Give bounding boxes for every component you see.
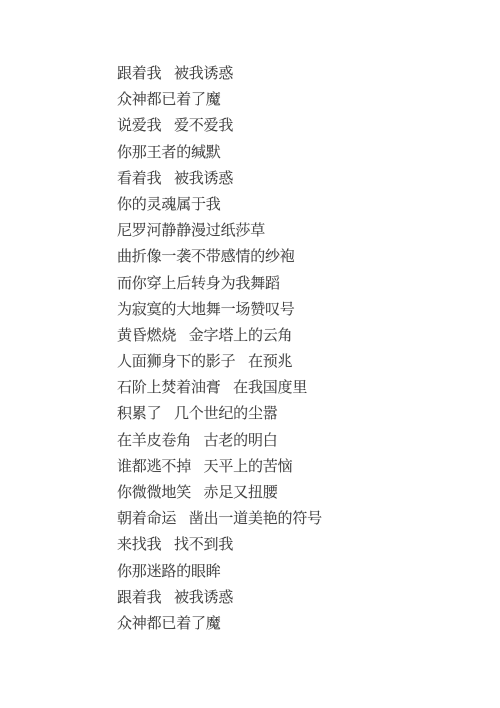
lyric-line: 积累了 几个世纪的尘嚣 bbox=[117, 401, 477, 427]
lyric-line: 而你穿上后转身为我舞蹈 bbox=[117, 271, 477, 297]
lyric-line: 为寂寞的大地舞一场赞叹号 bbox=[117, 297, 477, 323]
lyric-line: 你的灵魂属于我 bbox=[117, 192, 477, 218]
lyric-line: 朝着命运 凿出一道美艳的符号 bbox=[117, 506, 477, 532]
lyric-line: 黄昏燃烧 金字塔上的云角 bbox=[117, 323, 477, 349]
lyrics-text-block: 跟着我 被我诱惑 众神都已着了魔 说爱我 爱不爱我 你那王者的缄默 看着我 被我… bbox=[117, 61, 477, 637]
lyric-line: 看着我 被我诱惑 bbox=[117, 166, 477, 192]
lyric-line: 跟着我 被我诱惑 bbox=[117, 61, 477, 87]
lyric-line: 尼罗河静静漫过纸莎草 bbox=[117, 218, 477, 244]
lyric-line: 谁都逃不掉 天平上的苦恼 bbox=[117, 454, 477, 480]
lyric-line: 你微微地笑 赤足又扭腰 bbox=[117, 480, 477, 506]
lyric-line: 跟着我 被我诱惑 bbox=[117, 585, 477, 611]
lyric-line: 石阶上焚着油膏 在我国度里 bbox=[117, 375, 477, 401]
lyric-line: 众神都已着了魔 bbox=[117, 87, 477, 113]
lyric-line: 你那王者的缄默 bbox=[117, 140, 477, 166]
lyric-line: 来找我 找不到我 bbox=[117, 532, 477, 558]
lyric-line: 众神都已着了魔 bbox=[117, 611, 477, 637]
lyric-line: 人面狮身下的影子 在预兆 bbox=[117, 349, 477, 375]
lyric-line: 在羊皮卷角 古老的明白 bbox=[117, 428, 477, 454]
lyric-line: 你那迷路的眼眸 bbox=[117, 559, 477, 585]
lyric-line: 曲折像一袭不带感情的纱袍 bbox=[117, 244, 477, 270]
lyric-line: 说爱我 爱不爱我 bbox=[117, 113, 477, 139]
